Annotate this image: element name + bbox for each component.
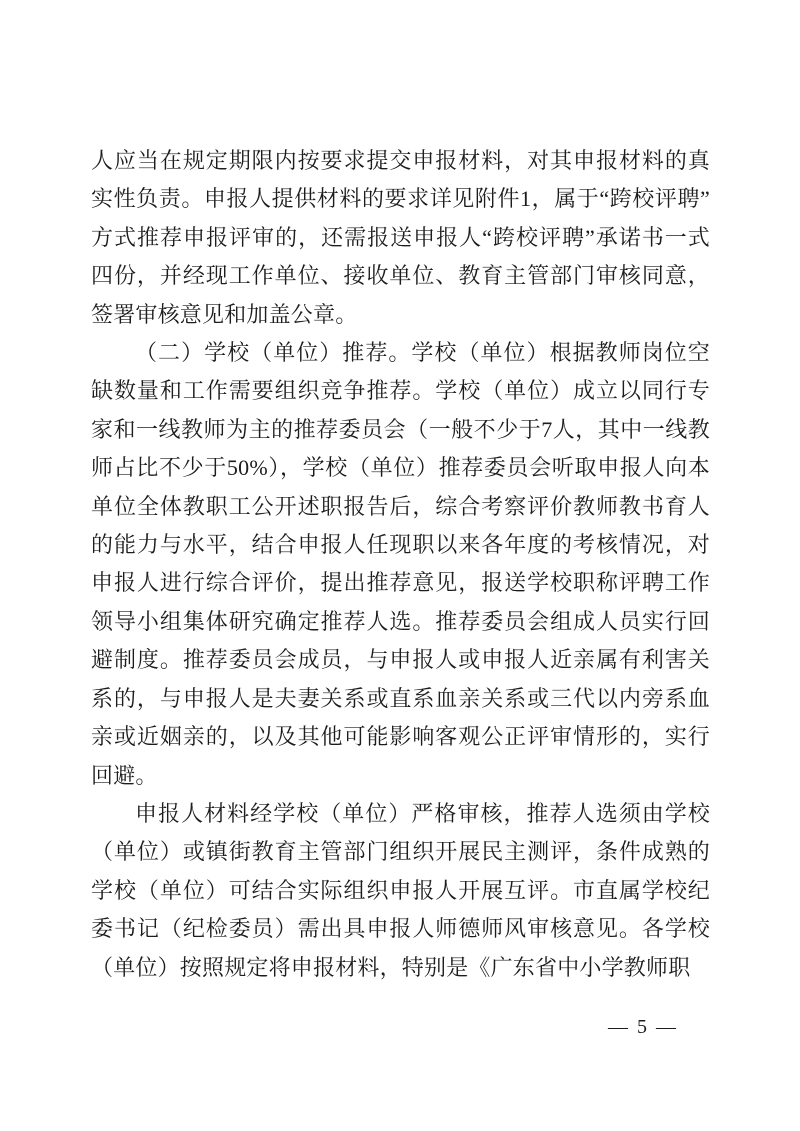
document-page: 人应当在规定期限内按要求提交申报材料，对其申报材料的真实性负责。申报人提供材料的… [0,0,800,1131]
paragraph-school-recommendation: （二）学校（单位）推荐。学校（单位）根据教师岗位空缺数量和工作需要组织竞争推荐。… [91,334,710,795]
paragraph-material-review: 申报人材料经学校（单位）严格审核，推荐人选须由学校（单位）或镇街教育主管部门组织… [91,795,710,987]
document-body-text: 人应当在规定期限内按要求提交申报材料，对其申报材料的真实性负责。申报人提供材料的… [91,142,710,987]
paragraph-continuation: 人应当在规定期限内按要求提交申报材料，对其申报材料的真实性负责。申报人提供材料的… [91,142,710,334]
page-number: — 5 — [608,1012,678,1042]
